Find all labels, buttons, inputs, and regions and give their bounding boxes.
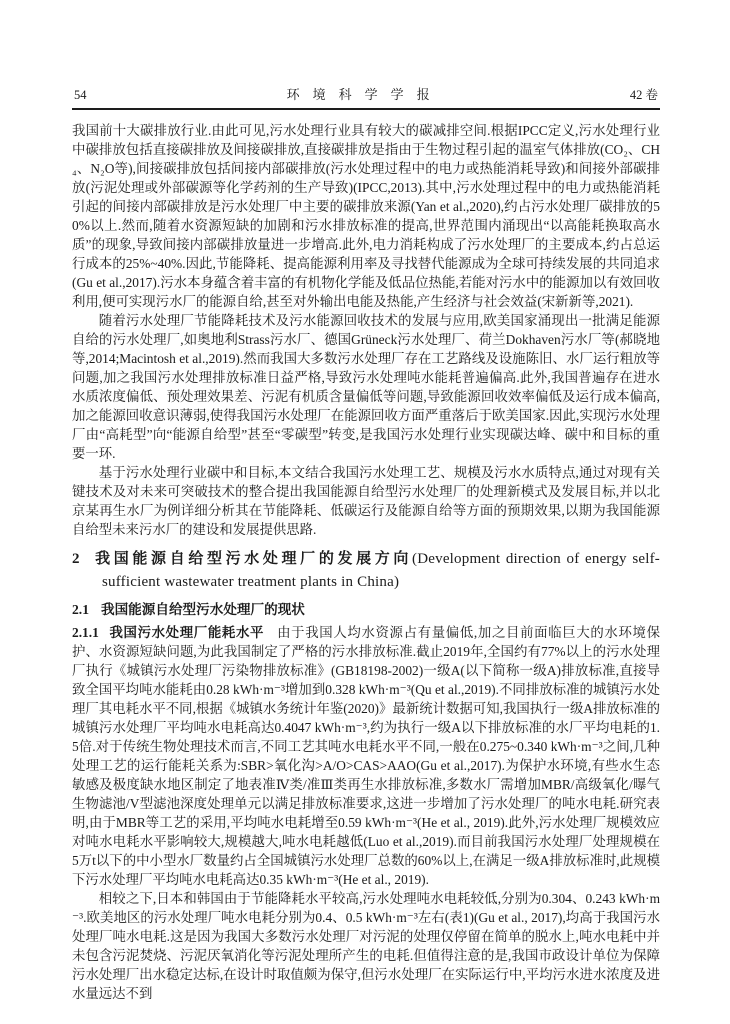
paragraph-energy-recovery: 随着污水处理厂节能降耗技术及污水能源回收技术的发展与应用,欧美国家涌现出一批满足… xyxy=(72,311,660,463)
volume-label: 42 卷 xyxy=(630,85,658,103)
paragraph-purpose: 基于污水处理行业碳中和目标,本文结合我国污水处理工艺、规模及污水水质特点,通过对… xyxy=(72,463,660,539)
journal-title: 环境科学学报 xyxy=(274,84,443,103)
section-2-1-1-body: 由于我国人均水资源占有量偏低,加之目前面临巨大的水环境保护、水资源短缺问题,为此… xyxy=(72,625,660,887)
paragraph-energy-level: 2.1.1我国污水处理厂能耗水平由于我国人均水资源占有量偏低,加之目前面临巨大的… xyxy=(72,623,660,889)
section-2-1-title: 我国能源自给型污水处理厂的现状 xyxy=(101,602,305,617)
journal-page: 54 环境科学学报 42 卷 我国前十大碳排放行业.由此可见,污水处理行业具有较… xyxy=(0,0,730,1024)
section-2-number: 2 xyxy=(72,551,80,567)
section-2-1-number: 2.1 xyxy=(72,602,89,617)
section-2-title-zh: 我国能源自给型污水处理厂的发展方向 xyxy=(94,551,413,567)
header-rule xyxy=(72,108,660,110)
page-number: 54 xyxy=(74,88,87,103)
paragraph-comparison: 相较之下,日本和韩国由于节能降耗水平较高,污水处理吨水电耗较低,分别为0.304… xyxy=(72,889,660,1003)
section-2-1-heading: 2.1我国能源自给型污水处理厂的现状 xyxy=(72,600,660,619)
section-2-heading: 2我国能源自给型污水处理厂的发展方向(Development direction… xyxy=(72,548,660,594)
section-2-1-1-title: 我国污水处理厂能耗水平 xyxy=(109,625,264,640)
paragraph-carryover: 我国前十大碳排放行业.由此可见,污水处理行业具有较大的碳减排空间.根据IPCC定… xyxy=(72,121,660,311)
section-2-1-1-number: 2.1.1 xyxy=(72,625,99,640)
page-header: 54 环境科学学报 42 卷 xyxy=(72,84,660,108)
page-content: 54 环境科学学报 42 卷 我国前十大碳排放行业.由此可见,污水处理行业具有较… xyxy=(72,84,660,1003)
